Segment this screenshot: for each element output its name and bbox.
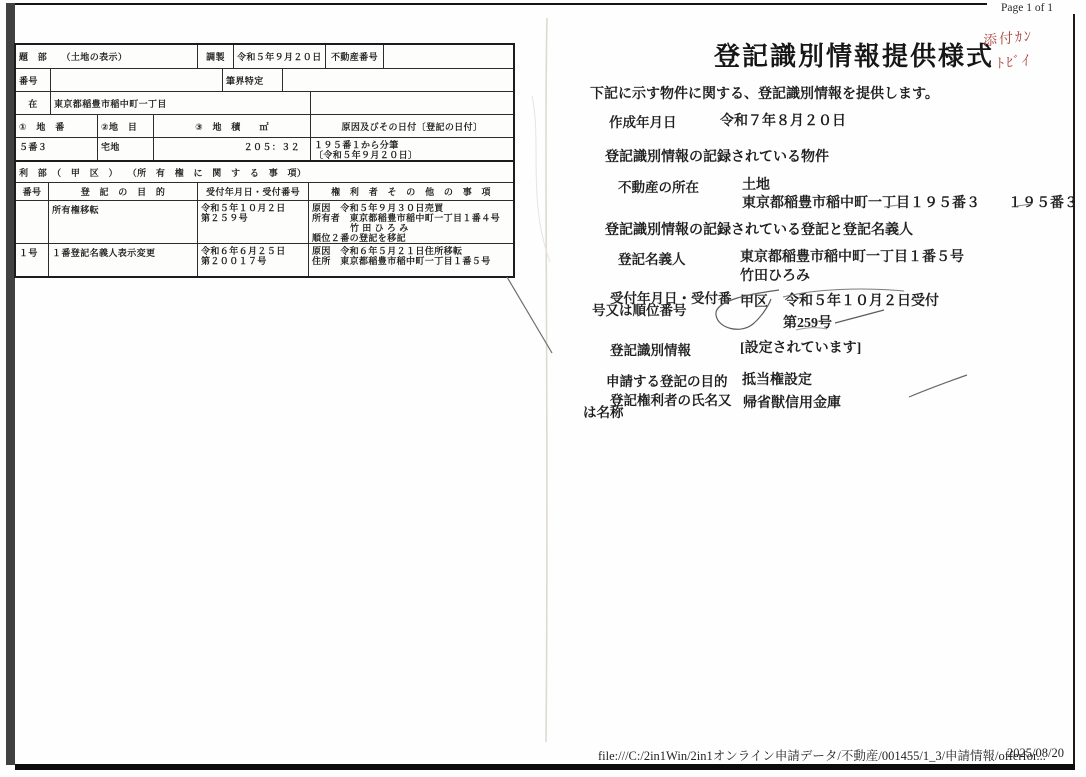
application-purpose-value: 抵当権設定 <box>742 369 812 389</box>
page-number-label: Page 1 of 1 <box>1001 2 1053 14</box>
form-title: 登記識別情報提供様式 <box>714 36 994 73</box>
row-jiko-cell: 原因 令和５年９月３０日売買 所有者 東京都稲豊市稲中町一丁目１番４号 竹 田 … <box>309 201 513 243</box>
uketsuke-line: 第２５９号 <box>201 213 286 223</box>
footer-date: 2025/08/20 <box>1007 746 1064 761</box>
uketsuke-line: 第２００１７号 <box>201 256 286 266</box>
col-chimoku-header: ②地 目 <box>98 115 154 137</box>
handwriting-line: 添付ｶﾝ <box>983 28 1033 49</box>
creation-date-value: 令和７年８月２０日 <box>720 110 846 130</box>
uketsuke-line: 令和５年１０月２日 <box>201 203 286 213</box>
hikkai-tokutei-label-cell: 筆界特定 <box>223 69 283 91</box>
row-jiko-cell: 原因 令和６年５月２１日住所移転 住所 東京都稲豊市稲中町一丁目１番５号 <box>309 244 513 276</box>
form-intro: 下記に示す物件に関する、登記識別情報を提供します。 <box>590 83 939 103</box>
col-chiban-header: ① 地 番 <box>16 115 98 137</box>
chimoku-value-cell: 宅地 <box>98 138 154 161</box>
scanned-document-page: Page 1 of 1 題 部 （土地の表示） 調製 令和５年９月２０日 不動産… <box>0 0 1086 777</box>
scan-right-edge <box>1073 14 1075 770</box>
section-property: 登記識別情報の記録されている物件 <box>605 146 829 166</box>
scan-bottom-edge <box>15 764 1075 770</box>
uketsuke-line: 令和６年６月２５日 <box>201 246 286 256</box>
bango-value-cell <box>51 69 223 91</box>
property-location-label: 不動産の所在 <box>618 176 699 196</box>
table-row: 所有権移転 令和５年１０月２日 第２５９号 原因 令和５年９月３０日売買 所有者… <box>16 201 513 244</box>
jiko-line: 原因 令和５年９月３０日売買 <box>312 203 500 213</box>
table-row: 番号 筆界特定 <box>16 69 513 92</box>
receipt-number-value: 第259号 <box>783 312 832 332</box>
land-description-table: 題 部 （土地の表示） 調製 令和５年９月２０日 不動産番号 番号 筆界特定 在… <box>14 43 515 163</box>
chiban-value-cell: ５番３ <box>16 138 98 161</box>
row-uketsuke-cell: 令和５年１０月２日 第２５９号 <box>198 201 309 243</box>
handwritten-annotation: 添付ｶﾝ ﾄﾋﾞｲ <box>983 24 1033 77</box>
registered-holder-name: 竹田ひろみ <box>740 265 810 285</box>
jiko-line: 住所 東京都稲豊市稲中町一丁目１番５号 <box>312 256 491 266</box>
shozai-label-cell: 在 <box>16 92 51 114</box>
row-bango-cell: １号 <box>16 244 49 276</box>
rights-holder-label-line2: は名称 <box>583 401 624 421</box>
row-uketsuke-cell: 令和６年６月２５日 第２００１７号 <box>198 244 309 276</box>
scan-top-edge <box>6 3 987 5</box>
bango-label-cell: 番号 <box>16 69 51 91</box>
receipt-date-value: 令和５年１０月２日受付 <box>785 290 939 310</box>
col-bango-header: 番号 <box>16 183 49 200</box>
receipt-section-value: 甲区 <box>740 291 768 311</box>
identification-info-value: [設定されています] <box>740 337 861 357</box>
fudosan-bango-label-cell: 不動産番号 <box>326 45 384 68</box>
table-row: ５番３ 宅地 ２０５：３２ １９５番１から分筆 〔令和５年９月２０日〕 <box>16 138 513 161</box>
col-uketsuke-header: 受付年月日・受付番号 <box>198 183 309 200</box>
rights-holder-label-line1: 登記権利者の氏名又 <box>610 389 732 409</box>
property-type-value: 土地 <box>742 174 770 194</box>
rights-holder-value: 帰省獣信用金庫 <box>743 392 841 412</box>
registered-holder-address: 東京都稲豊市稲中町一丁目１番５号 <box>740 246 964 266</box>
row-bango-cell <box>16 201 49 243</box>
row-mokuteki-cell: １番登記名義人表示変更 <box>49 244 198 276</box>
col-jiko-header: 権 利 者 そ の 他 の 事 項 <box>309 183 513 200</box>
jiko-line: 順位２番の登記を移記 <box>312 233 500 243</box>
table-title-row: 利 部 （ 甲 区 ） （所 有 権 に 関 す る 事 項） <box>16 162 513 183</box>
col-chiseki-header: ③ 地 積 ㎡ <box>154 115 311 137</box>
pencil-diagonal-mark <box>507 277 552 353</box>
table-row: 在 東京都稲豊市稲中町一丁目 <box>16 92 513 115</box>
genin-line: 〔令和５年９月２０日〕 <box>314 150 417 160</box>
section-registration: 登記識別情報の記録されている登記と登記名義人 <box>605 219 913 239</box>
hyodaibu-title-cell: 題 部 （土地の表示） <box>16 45 198 68</box>
col-genin-header: 原因及びその日付〔登記の日付〕 <box>311 115 513 137</box>
jiko-line: 竹 田 ひ ろ み <box>312 223 500 233</box>
table-header-row: ① 地 番 ②地 目 ③ 地 積 ㎡ 原因及びその日付〔登記の日付〕 <box>16 115 513 138</box>
col-mokuteki-header: 登 記 の 目 的 <box>49 183 198 200</box>
fudosan-bango-value-cell <box>384 45 513 68</box>
jiko-line: 所有者 東京都稲豊市稲中町一丁目１番４号 <box>312 213 500 223</box>
table-row: １号 １番登記名義人表示変更 令和６年６月２５日 第２００１７号 原因 令和６年… <box>16 244 513 276</box>
table-header-row: 番号 登 記 の 目 的 受付年月日・受付番号 権 利 者 そ の 他 の 事 … <box>16 183 513 201</box>
chousei-value-cell: 令和５年９月２０日 <box>234 45 326 68</box>
hikkai-tokutei-value-cell <box>283 69 513 91</box>
kenribu-title-cell: 利 部 （ 甲 区 ） （所 有 権 に 関 す る 事 項） <box>16 162 513 182</box>
page-fold-line <box>546 18 547 742</box>
shozai-extra-cell <box>311 92 513 114</box>
fold-shadow-mark <box>532 96 550 262</box>
application-purpose-label: 申請する登記の目的 <box>606 370 728 390</box>
handwriting-line: ﾄﾋﾞｲ <box>983 48 1033 77</box>
registered-holder-label: 登記名義人 <box>618 248 686 268</box>
row-mokuteki-cell: 所有権移転 <box>49 201 198 243</box>
property-address-value: 東京都稲豊市稲中町一丁目１９５番３ １９５番３ <box>742 192 1078 212</box>
genin-line: １９５番１から分筆 <box>314 140 417 150</box>
table-row: 題 部 （土地の表示） 調製 令和５年９月２０日 不動産番号 <box>16 45 513 69</box>
shozai-value-cell: 東京都稲豊市稲中町一丁目 <box>51 92 311 114</box>
genin-value-cell: １９５番１から分筆 〔令和５年９月２０日〕 <box>311 138 513 161</box>
ownership-rights-table: 利 部 （ 甲 区 ） （所 有 権 に 関 す る 事 項） 番号 登 記 の… <box>14 160 515 278</box>
chiseki-value-cell: ２０５：３２ <box>154 138 311 161</box>
footer-file-path: file:///C:/2in1Win/2in1オンライン申請データ/不動産/00… <box>598 746 1046 764</box>
creation-date-label: 作成年月日 <box>609 111 677 131</box>
pencil-slash-mark <box>835 310 884 323</box>
jiko-line: 原因 令和６年５月２１日住所移転 <box>312 246 491 256</box>
pencil-slash-mark <box>909 375 967 397</box>
identification-info-label: 登記識別情報 <box>610 339 691 359</box>
chousei-label-cell: 調製 <box>198 45 234 68</box>
receipt-label-line2: 号又は順位番号 <box>592 299 687 319</box>
